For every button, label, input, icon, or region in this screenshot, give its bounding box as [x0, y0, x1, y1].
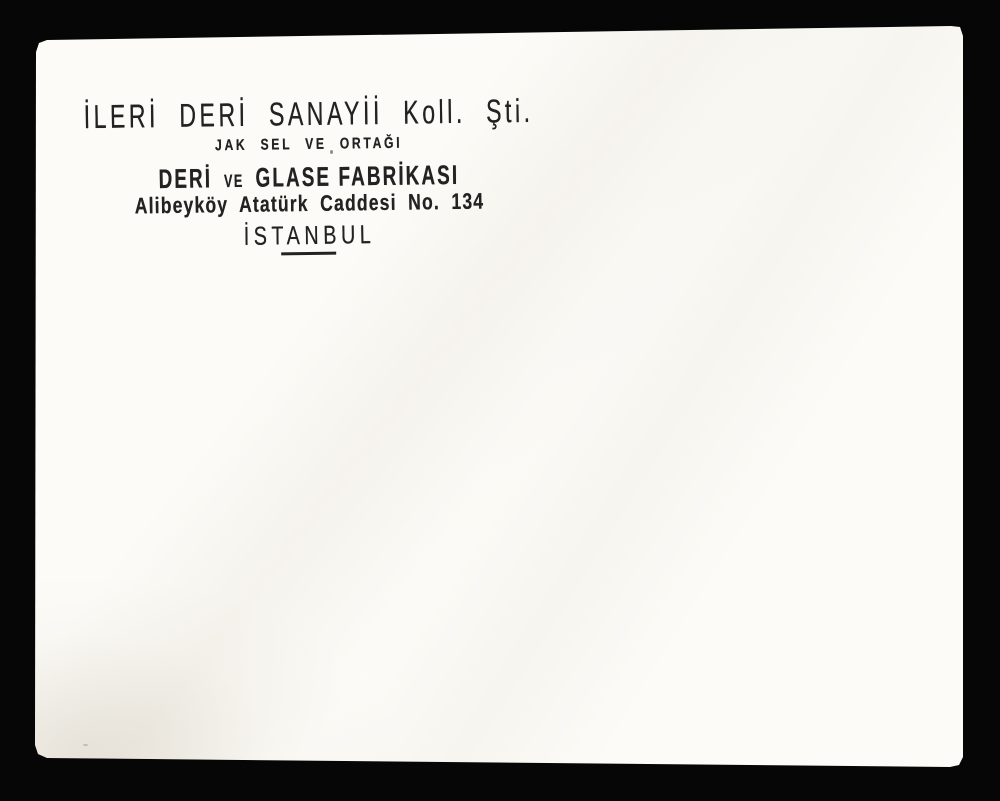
- city-name-text: İSTANBUL: [244, 221, 376, 249]
- partners-line: JAK SEL VE ORTAĞI: [79, 134, 539, 156]
- city-name: İSTANBUL: [80, 219, 540, 251]
- address-line-text: Alibeyköy Atatürk Caddesi No. 134: [135, 190, 485, 217]
- partners-line-text: JAK SEL VE ORTAĞI: [215, 136, 402, 154]
- address-line: Alibeyköy Atatürk Caddesi No. 134: [79, 189, 539, 218]
- factory-line-part2: GLASE FABRİKASI: [256, 159, 460, 192]
- letterhead: İLERİ DERİ SANAYİİ Koll. Şti. JAK SEL VE…: [78, 94, 540, 258]
- company-name: İLERİ DERİ SANAYİİ Koll. Şti.: [78, 94, 538, 133]
- company-name-text: İLERİ DERİ SANAYİİ Koll. Şti.: [83, 94, 533, 133]
- factory-line-text: DERİVEGLASE FABRİKASI: [159, 161, 460, 192]
- factory-line-part1: DERİ: [159, 163, 213, 194]
- factory-line-conjunction: VE: [224, 170, 244, 190]
- photo-background: İLERİ DERİ SANAYİİ Koll. Şti. JAK SEL VE…: [0, 0, 1000, 801]
- ink-speck: [83, 744, 88, 746]
- envelope: İLERİ DERİ SANAYİİ Koll. Şti. JAK SEL VE…: [0, 0, 1000, 801]
